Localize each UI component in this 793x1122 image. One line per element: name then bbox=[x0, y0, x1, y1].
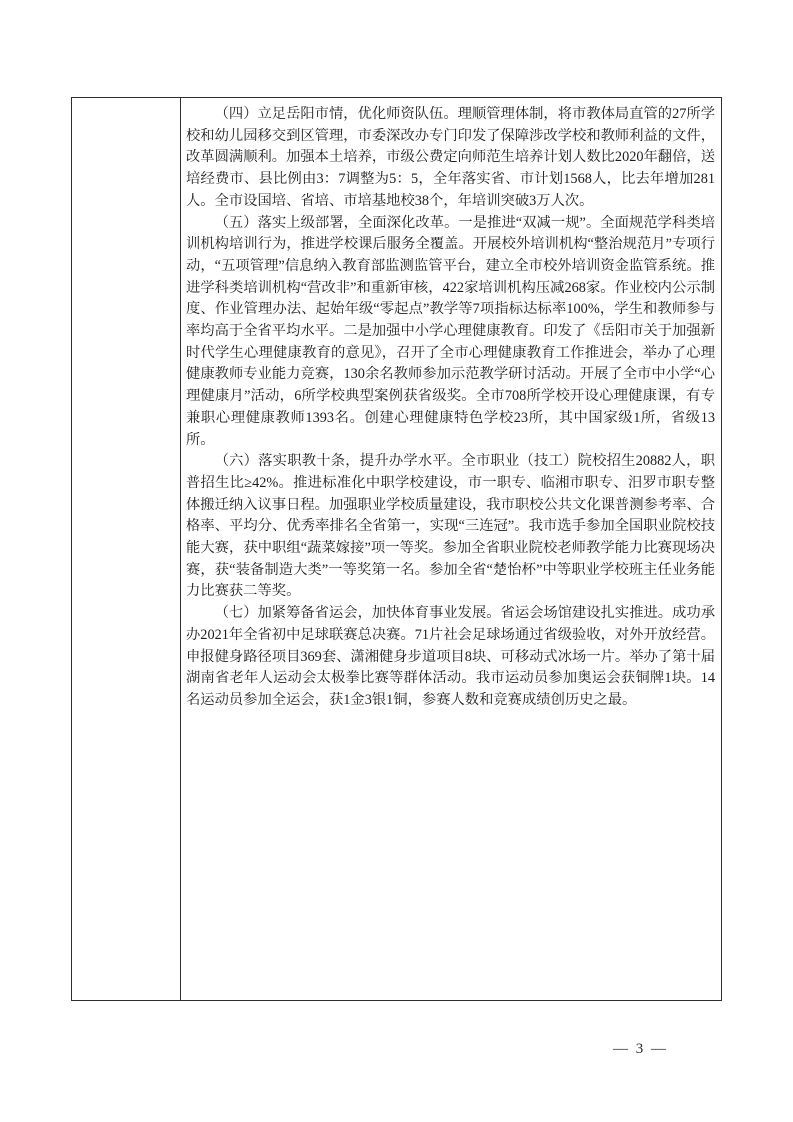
table-empty-category-cell bbox=[72, 98, 181, 1000]
table-content-cell: （四）立足岳阳市情，优化师资队伍。理顺管理体制，将市教体局直管的27所学校和幼儿… bbox=[181, 98, 721, 1000]
report-paragraph-5: （五）落实上级部署，全面深化改革。一是推进“双减一规”。全面规范学科类培训机构培… bbox=[186, 213, 715, 452]
report-paragraph-4: （四）立足岳阳市情，优化师资队伍。理顺管理体制，将市教体局直管的27所学校和幼儿… bbox=[186, 104, 715, 213]
report-paragraph-7: （七）加紧筹备省运会，加快体育事业发展。省运会场馆建设扎实推进。成功承办2021… bbox=[186, 603, 715, 712]
page-number: — 3 — bbox=[613, 1041, 668, 1058]
report-paragraph-6: （六）落实职教十条，提升办学水平。全市职业（技工）院校招生20882人，职普招生… bbox=[186, 451, 715, 603]
content-table: （四）立足岳阳市情，优化师资队伍。理顺管理体制，将市教体局直管的27所学校和幼儿… bbox=[71, 97, 722, 1001]
